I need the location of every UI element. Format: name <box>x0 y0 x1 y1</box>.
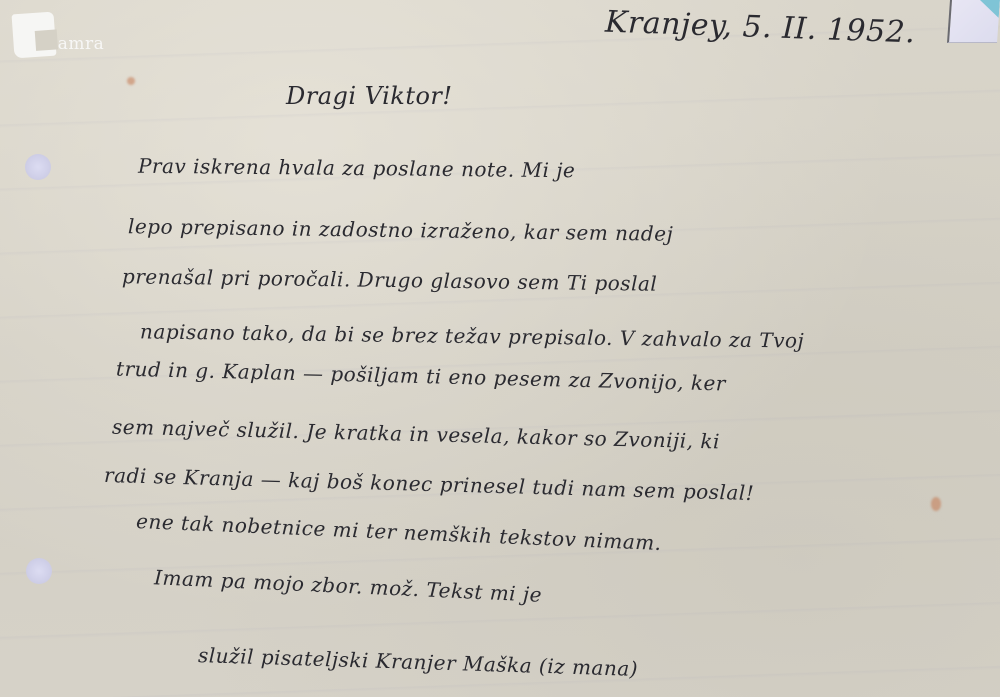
letter-salutation: Dragi Viktor! <box>286 82 453 110</box>
folded-corner-tab <box>947 0 1000 43</box>
letter-line: Prav iskrena hvala za poslane note. Mi j… <box>138 154 576 183</box>
paper-stain <box>127 77 135 85</box>
punch-hole-bottom <box>26 558 52 584</box>
punch-hole-top <box>25 154 51 180</box>
ekamra-watermark: kamra <box>13 13 104 57</box>
paper-stain <box>931 497 941 511</box>
ekamra-logo-icon <box>12 12 57 59</box>
